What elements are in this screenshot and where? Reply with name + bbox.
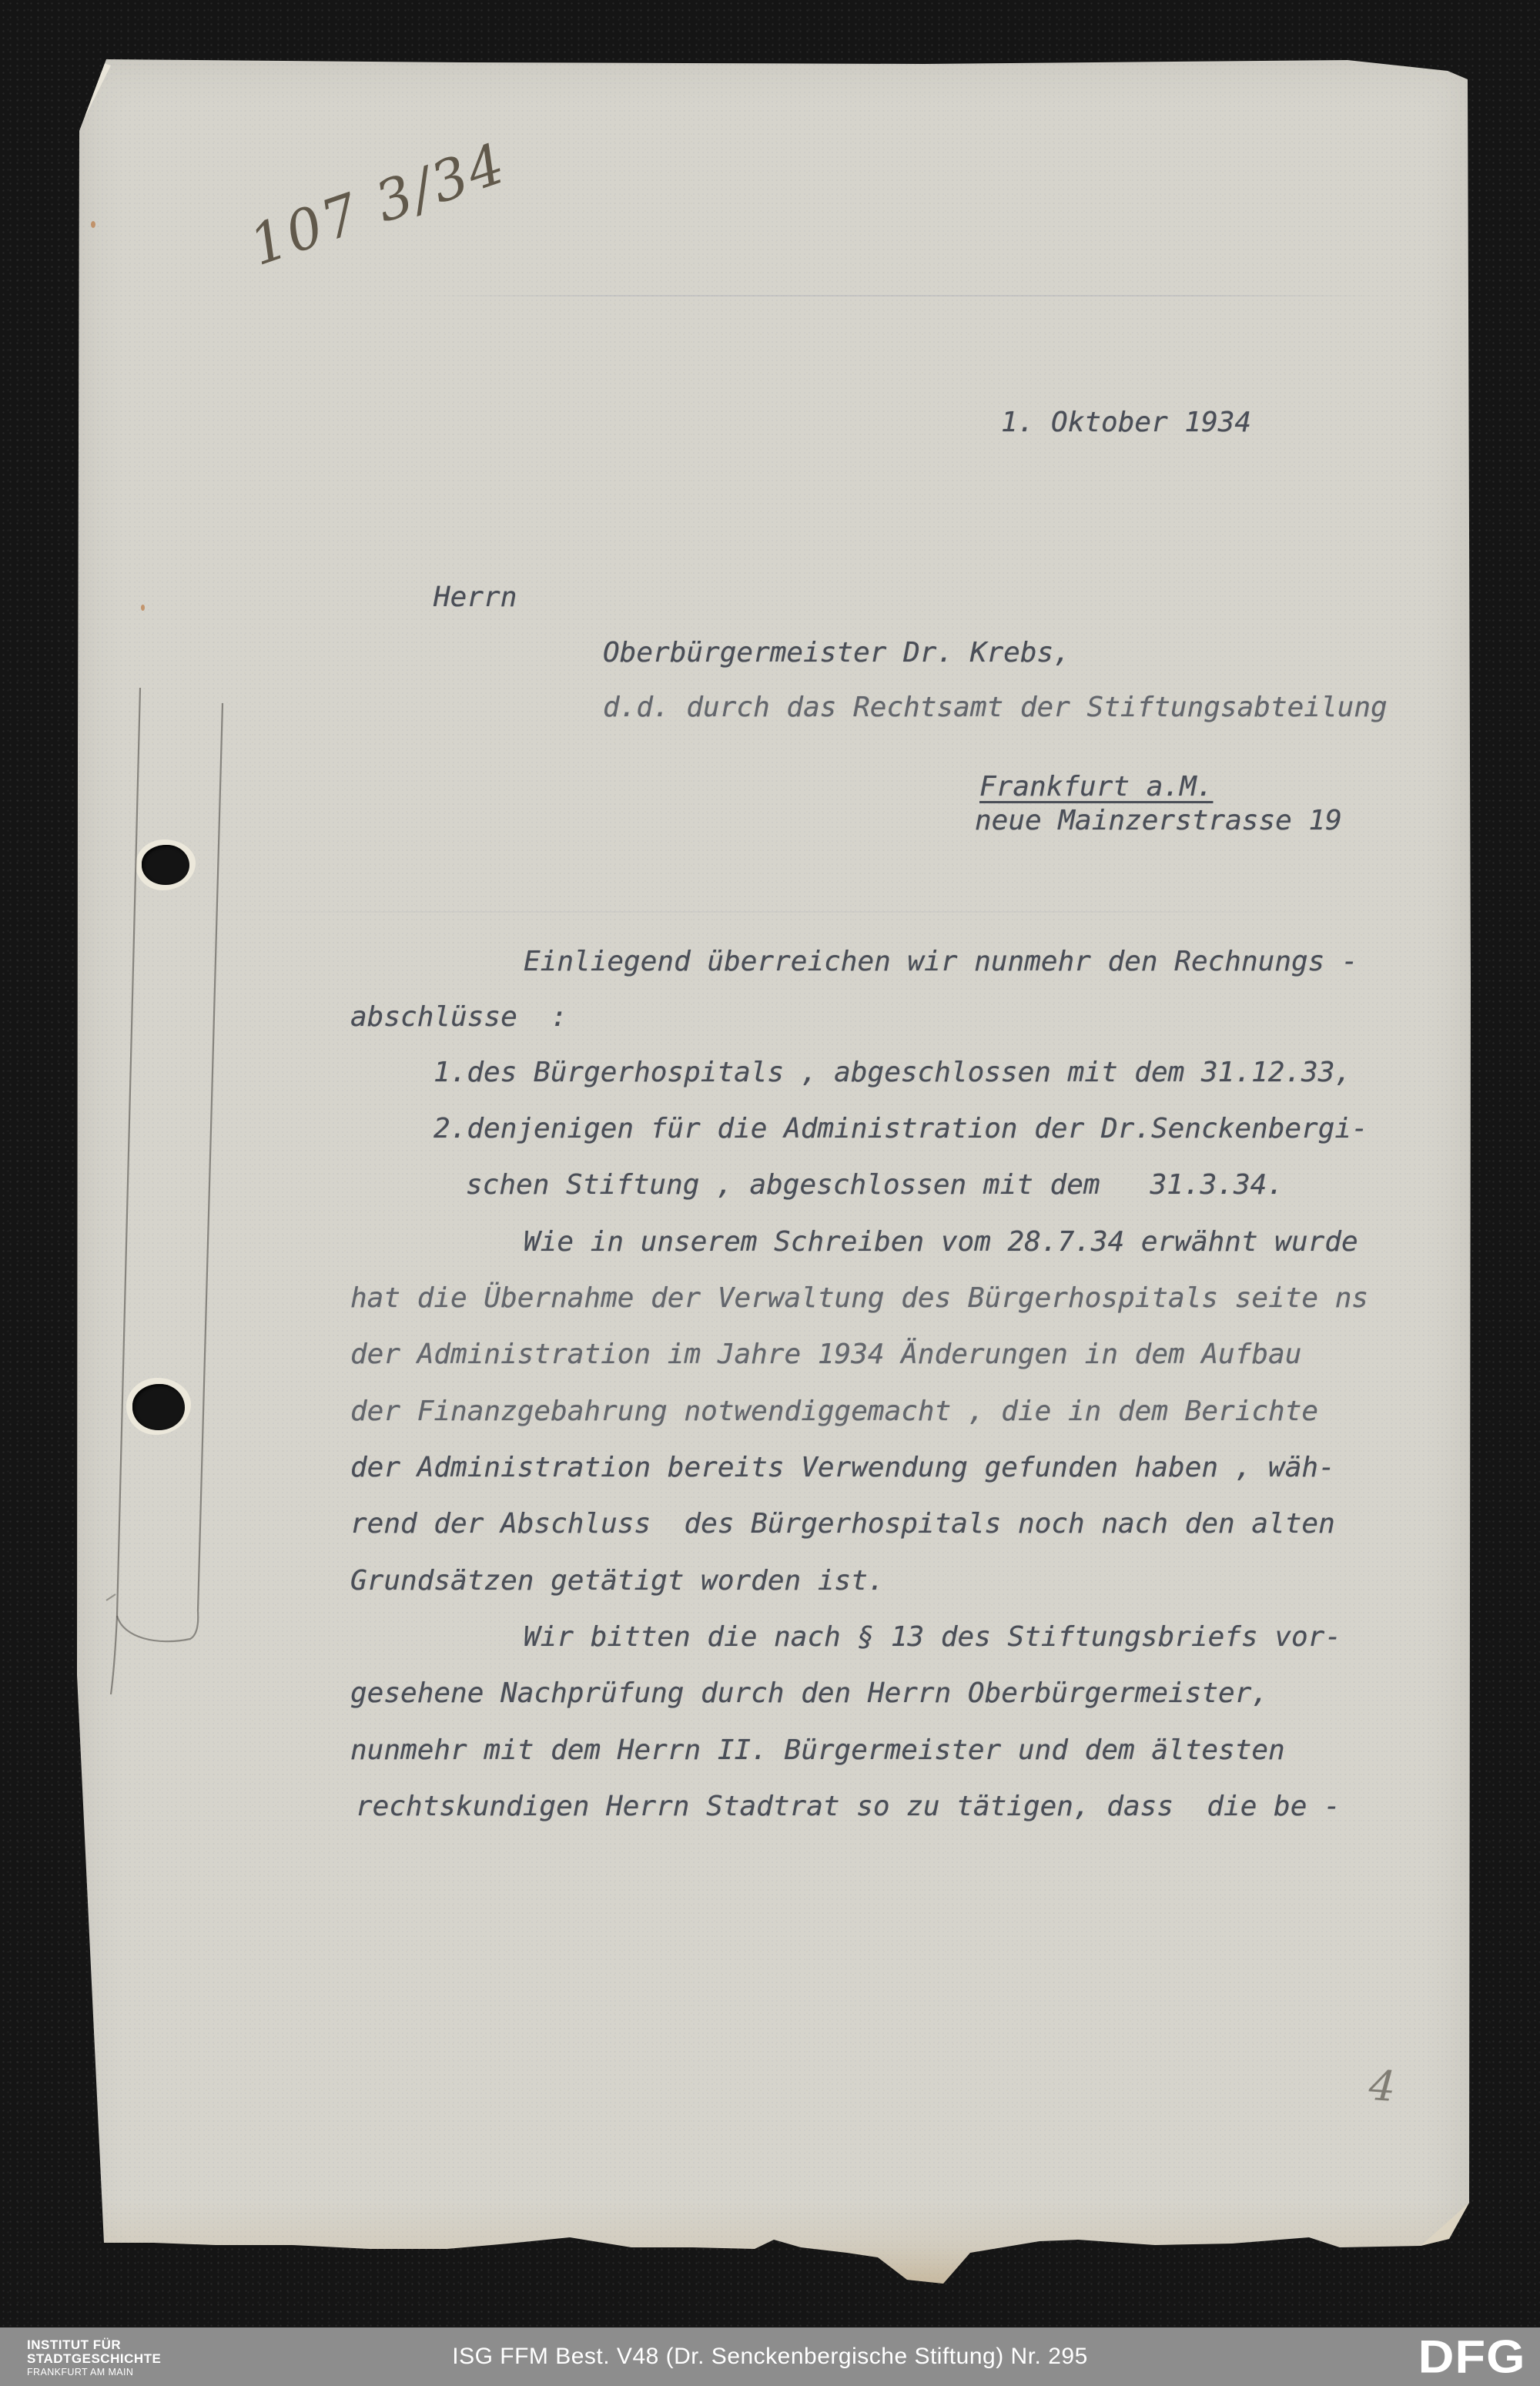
archive-scan-page: { "annotations": { "handwritten_number":… <box>0 0 1540 2386</box>
recipient-salutation: Herrn <box>434 581 517 613</box>
recipient-street: neue Mainzerstrasse 19 <box>975 805 1342 836</box>
body-line: 2.denjenigen für die Administration der … <box>434 1113 1368 1144</box>
body-line: der Administration bereits Verwendung ge… <box>350 1452 1335 1483</box>
body-line: rend der Abschluss des Bürgerhospitals n… <box>350 1508 1335 1540</box>
paper-crease <box>423 295 1386 297</box>
folded-corner-bottom-right <box>1418 2200 1472 2248</box>
recipient-via: d.d. durch das Rechtsamt der Stiftungsab… <box>603 692 1388 723</box>
body-line: der Administration im Jahre 1934 Änderun… <box>350 1339 1301 1370</box>
body-line: schen Stiftung , abgeschlossen mit dem 3… <box>466 1169 1284 1201</box>
body-line: Grundsätzen getätigt worden ist. <box>350 1565 885 1597</box>
body-line: gesehene Nachprüfung durch den Herrn Obe… <box>350 1677 1268 1709</box>
pencil-page-number: 4 <box>1368 2061 1398 2111</box>
body-line: Einliegend überreichen wir nunmehr den R… <box>524 946 1358 977</box>
pencil-margin-marks <box>77 58 385 1829</box>
body-line: hat die Übernahme der Verwaltung des Bür… <box>350 1282 1368 1314</box>
rust-speck <box>91 221 95 228</box>
paper-crease <box>192 911 1347 913</box>
letter-page: 107 3/34 4 1. Oktober 1934 Herrn Oberbür… <box>77 58 1471 2285</box>
rust-speck <box>141 605 145 611</box>
archival-reference: ISG FFM Best. V48 (Dr. Senckenbergische … <box>452 2344 1088 2370</box>
institute-line1: INSTITUT FÜR <box>27 2338 161 2352</box>
letter-date: 1. Oktober 1934 <box>1001 407 1251 438</box>
institute-logo-text: INSTITUT FÜR STADTGESCHICHTE FRANKFURT A… <box>27 2338 161 2378</box>
body-line: rechtskundigen Herrn Stadtrat so zu täti… <box>356 1791 1341 1822</box>
body-line: Wir bitten die nach § 13 des Stiftungsbr… <box>524 1621 1341 1653</box>
dfg-logo: DFG <box>1418 2331 1526 2384</box>
punch-hole-opening <box>132 1384 185 1430</box>
institute-line3: FRANKFURT AM MAIN <box>27 2368 161 2378</box>
body-line: 1.des Bürgerhospitals , abgeschlossen mi… <box>434 1057 1351 1088</box>
institute-line2: STADTGESCHICHTE <box>27 2352 161 2366</box>
body-line: abschlüsse : <box>350 1001 567 1033</box>
body-line: nunmehr mit dem Herrn II. Bürgermeister … <box>350 1734 1285 1766</box>
body-line: der Finanzgebahrung notwendiggemacht , d… <box>350 1396 1318 1427</box>
recipient-name: Oberbürgermeister Dr. Krebs, <box>603 637 1070 669</box>
handwritten-archival-number: 107 3/34 <box>242 130 514 278</box>
recipient-city: Frankfurt a.M. <box>979 771 1213 803</box>
body-line: Wie in unserem Schreiben vom 28.7.34 erw… <box>524 1226 1358 1258</box>
punch-hole-opening <box>142 845 189 885</box>
paper-bottom-discoloration <box>77 2200 1471 2285</box>
folded-corner-top-left <box>77 55 123 147</box>
archive-footer-bar: INSTITUT FÜR STADTGESCHICHTE FRANKFURT A… <box>0 2327 1540 2386</box>
